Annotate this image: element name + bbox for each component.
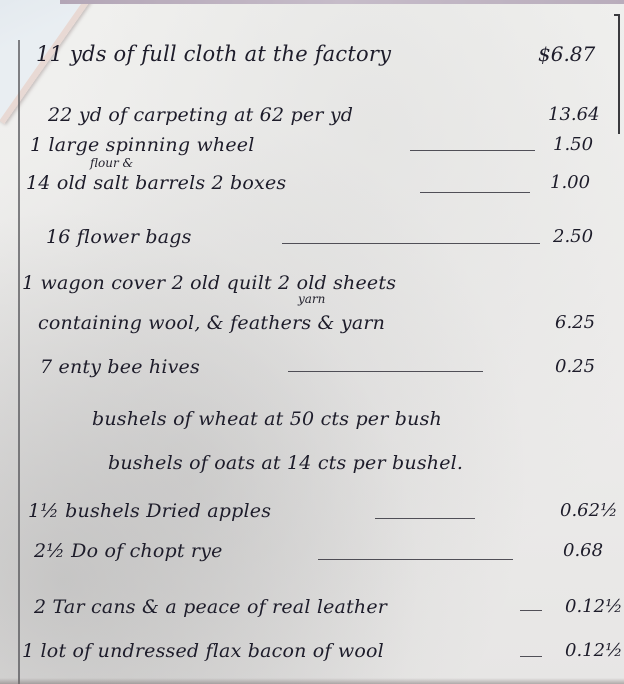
entry-amount: 0.62½ bbox=[560, 500, 618, 521]
leader-dash bbox=[520, 610, 542, 611]
leader-dash bbox=[318, 559, 513, 560]
left-margin-rule bbox=[18, 40, 20, 684]
leader-dash bbox=[288, 371, 483, 372]
right-rule-tick bbox=[614, 14, 620, 16]
entry-amount: 0.12½ bbox=[565, 596, 623, 617]
entry-amount: 0.68 bbox=[563, 540, 603, 561]
page-bottom-edge bbox=[0, 678, 624, 684]
leader-dash bbox=[282, 243, 540, 244]
entry-text: 11 yds of full cloth at the factory bbox=[36, 42, 391, 66]
entry-text: 2½ Do of chopt rye bbox=[34, 540, 223, 562]
entry-text: 1½ bushels Dried apples bbox=[28, 500, 271, 522]
leader-dash bbox=[410, 150, 535, 151]
leader-dash bbox=[375, 518, 475, 519]
entry-amount: 2.50 bbox=[553, 226, 593, 247]
ledger-page: 11 yds of full cloth at the factory $6.8… bbox=[0, 0, 624, 684]
entry-amount: 6.25 bbox=[555, 312, 595, 333]
page-top-edge bbox=[60, 0, 624, 4]
entry-text: 14 old salt barrels 2 boxes bbox=[26, 172, 286, 194]
entry-text: bushels of wheat at 50 cts per bush bbox=[92, 408, 442, 430]
entry-text: 22 yd of carpeting at 62 per yd bbox=[48, 104, 353, 126]
right-margin-rule bbox=[618, 14, 620, 134]
entry-text: 1 large spinning wheel bbox=[30, 134, 255, 156]
entry-text: 16 flower bags bbox=[46, 226, 192, 248]
entry-amount: 0.12½ bbox=[565, 640, 623, 661]
entry-text: containing wool, & feathers & yarn bbox=[38, 312, 385, 334]
entry-amount: 1.00 bbox=[550, 172, 590, 193]
entry-insert: yarn bbox=[298, 292, 325, 306]
entry-text: 1 wagon cover 2 old quilt 2 old sheets bbox=[22, 272, 396, 294]
entry-text: 1 lot of undressed flax bacon of wool bbox=[22, 640, 384, 662]
entry-amount: 0.25 bbox=[555, 356, 595, 377]
entry-text: bushels of oats at 14 cts per bushel. bbox=[108, 452, 463, 474]
entry-text: 2 Tar cans & a peace of real leather bbox=[34, 596, 387, 618]
entry-amount: 13.64 bbox=[548, 104, 600, 125]
entry-amount: 1.50 bbox=[553, 134, 593, 155]
leader-dash bbox=[520, 656, 542, 657]
entry-amount: $6.87 bbox=[538, 42, 595, 66]
leader-dash bbox=[420, 192, 530, 193]
entry-text: 7 enty bee hives bbox=[40, 356, 200, 378]
entry-insert: flour & bbox=[90, 156, 133, 170]
